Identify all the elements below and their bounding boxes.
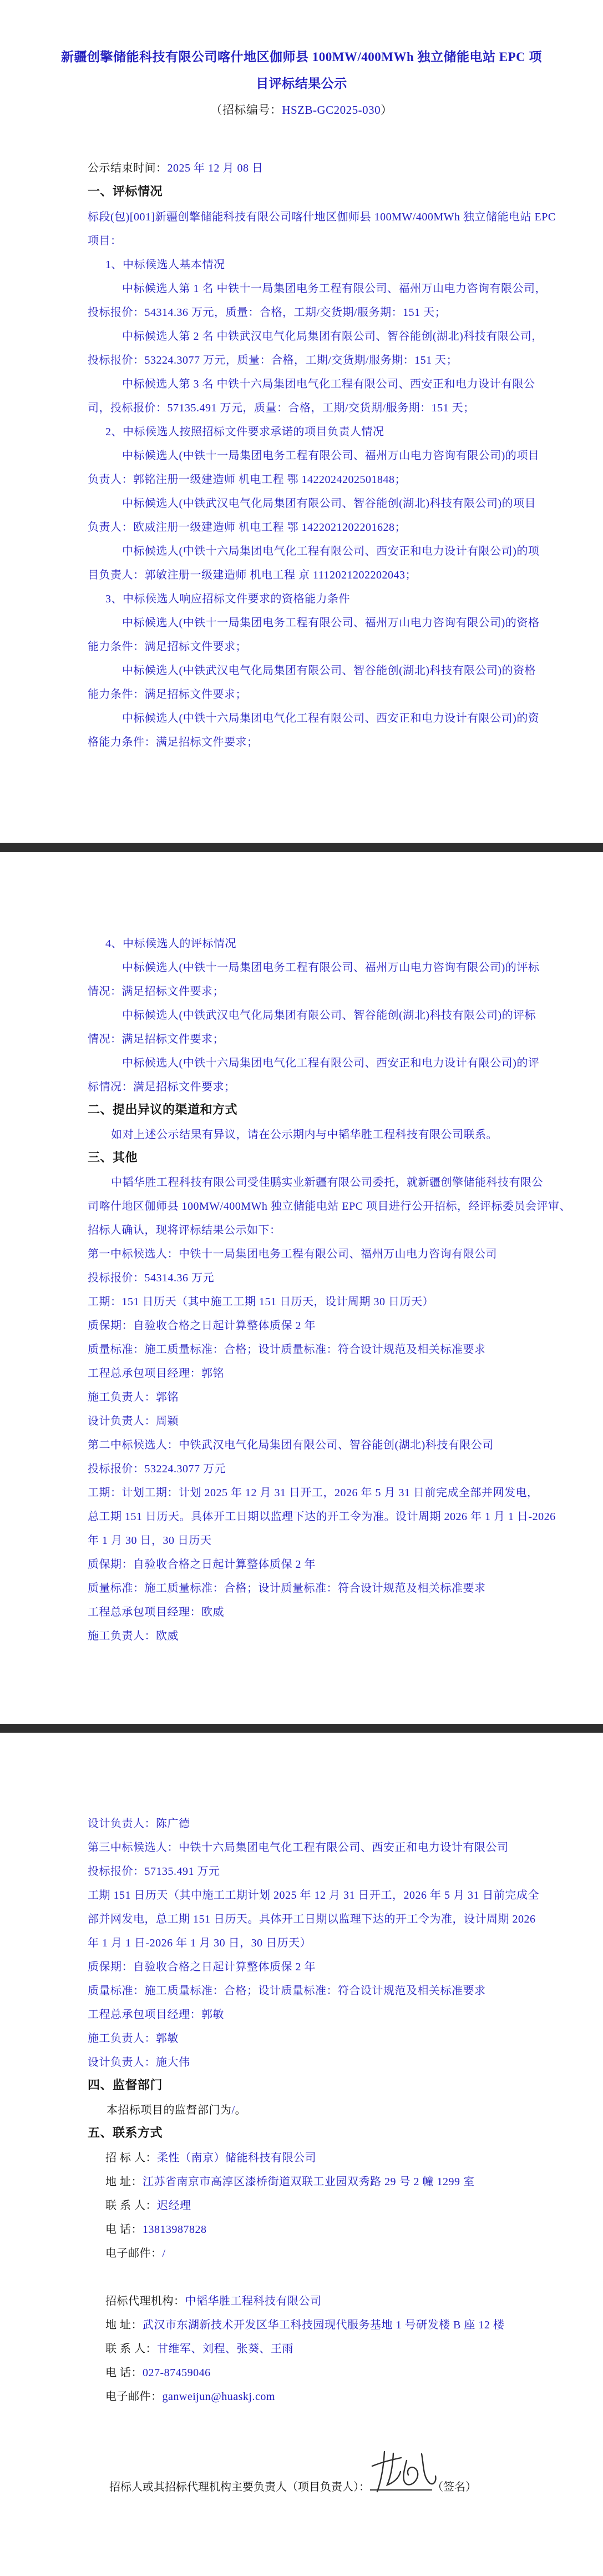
text-line: 标段(包)[001]新疆创擎储能科技有限公司喀什地区伽师县 100MW/400M…	[88, 209, 556, 225]
text-segment: 4、中标候选人的评标情况	[105, 938, 236, 950]
text-segment: 招标人确认，现将评标结果公示如下：	[88, 1224, 281, 1236]
text-segment: （招标编号：	[210, 103, 282, 117]
text-segment: 电 话：	[105, 2367, 143, 2379]
third-candidate: 第三中标候选人：中铁十六局集团电气化工程有限公司、西安正和电力设计有限公司	[88, 1839, 509, 1856]
text-segment: 投标报价：53224.3077 万元，质量：合格，工期/交货期/服务期：151 …	[88, 354, 458, 366]
signature-label: 招标人或其招标代理机构主要负责人（项目负责人）：	[109, 2481, 370, 2493]
text-line: 投标报价：57135.491 万元	[88, 1863, 220, 1880]
document-title-line1: 新疆创擎储能科技有限公司喀什地区伽师县 100MW/400MWh 独立储能电站 …	[0, 49, 603, 66]
text-segment: 公示结束时间：	[88, 162, 168, 174]
text-segment: 。	[235, 2104, 247, 2116]
text-line: 如对上述公示结果有异议，请在公示期内与中韬华胜工程科技有限公司联系。	[111, 1126, 498, 1143]
text-line: 中标候选人第 3 名 中铁十六局集团电气化工程有限公司、西安正和电力设计有限公	[122, 376, 535, 393]
text-line: 施工负责人：欧威	[88, 1628, 179, 1644]
text-segment: 中标候选人第 3 名 中铁十六局集团电气化工程有限公司、西安正和电力设计有限公	[122, 378, 535, 390]
text-segment: 格能力条件：满足招标文件要求；	[88, 736, 259, 748]
text-line: 质保期：自验收合格之日起计算整体质保 2 年	[88, 1317, 316, 1334]
text-segment: 设计负责人：施大伟	[88, 2056, 190, 2069]
text-line: 中标候选人(中铁武汉电气化局集团有限公司、智谷能创(湖北)科技有限公司)的评标	[122, 1007, 536, 1024]
text-segment: 中标候选人第 1 名 中铁十一局集团电务工程有限公司、福州万山电力咨询有限公司，	[122, 283, 546, 295]
text-line: 标情况：满足招标文件要求；	[88, 1079, 236, 1095]
text-line: 中标候选人(中铁十一局集团电务工程有限公司、福州万山电力咨询有限公司)的项目	[122, 447, 539, 464]
text-segment: 电子邮件：	[105, 2247, 163, 2260]
text-segment: 招标代理机构：	[105, 2295, 185, 2307]
text-line: 中标候选人第 1 名 中铁十一局集团电务工程有限公司、福州万山电力咨询有限公司，	[122, 280, 546, 297]
text-segment: HSZB-GC2025-030	[282, 103, 381, 117]
text-line: 工程总承包项目经理：欧威	[88, 1604, 224, 1621]
signature-area	[370, 2477, 432, 2491]
text-line: 中标候选人(中铁十六局集团电气化工程有限公司、西安正和电力设计有限公司)的项	[122, 543, 539, 560]
section-heading-3: 三、其他	[88, 1149, 138, 1166]
text-segment: 负责人：郭铭注册一级建造师 机电工程 鄂 1422024202501848；	[88, 474, 406, 486]
text-segment: 中韬华胜工程科技有限公司	[185, 2295, 322, 2307]
text-segment: 二、提出异议的渠道和方式	[88, 1103, 237, 1116]
subsection-1-4: 4、中标候选人的评标情况	[105, 935, 236, 952]
text-segment: 中标候选人(中铁武汉电气化局集团有限公司、智谷能创(湖北)科技有限公司)的资格	[122, 665, 536, 677]
text-segment: 质量标准：施工质量标准：合格；设计质量标准：符合设计规范及相关标准要求	[88, 1985, 486, 1997]
tenderer-phone: 电 话：13813987828	[105, 2221, 207, 2238]
section-heading-4: 四、监督部门	[88, 2077, 163, 2094]
text-segment: ）	[381, 103, 393, 117]
agency-name: 招标代理机构：中韬华胜工程科技有限公司	[105, 2293, 322, 2310]
text-segment: 中标候选人(中铁十六局集团电气化工程有限公司、西安正和电力设计有限公司)的项	[122, 545, 539, 557]
text-segment: 中标候选人(中铁十六局集团电气化工程有限公司、西安正和电力设计有限公司)的评	[122, 1057, 539, 1069]
text-segment: 本招标项目的监督部门为	[107, 2104, 232, 2116]
page-separator	[0, 1724, 603, 1733]
text-segment: 电 话：	[105, 2223, 143, 2236]
text-segment: 工期 151 日历天（其中施工工期计划 2025 年 12 月 31 日开工，2…	[88, 1889, 539, 1901]
text-segment: 联 系 人：	[105, 2343, 157, 2355]
text-line: 中标候选人(中铁十一局集团电务工程有限公司、福州万山电力咨询有限公司)的资格	[122, 615, 539, 631]
second-candidate: 第二中标候选人：中铁武汉电气化局集团有限公司、智谷能创(湖北)科技有限公司	[88, 1437, 494, 1453]
text-line: 工期 151 日历天（其中施工工期计划 2025 年 12 月 31 日开工，2…	[88, 1887, 539, 1904]
text-line: 中标候选人第 2 名 中铁武汉电气化局集团有限公司、智谷能创(湖北)科技有限公司…	[122, 328, 543, 345]
text-segment: 中韬华胜工程科技有限公司受佳鹏实业新疆有限公司委托，就新疆创擎储能科技有限公	[111, 1176, 543, 1189]
text-segment: 电子邮件：	[105, 2391, 163, 2403]
text-segment: 设计负责人：周颖	[88, 1415, 179, 1427]
text-segment: 2、中标候选人按照招标文件要求承诺的项目负责人情况	[105, 426, 384, 438]
text-line: 司，投标报价：57135.491 万元，质量：合格，工期/交货期/服务期：151…	[88, 400, 475, 416]
text-segment: 新疆创擎储能科技有限公司喀什地区伽师县 100MW/400MWh 独立储能电站 …	[61, 50, 542, 64]
first-candidate: 第一中标候选人：中铁十一局集团电务工程有限公司、福州万山电力咨询有限公司	[88, 1246, 497, 1262]
text-line: 质量标准：施工质量标准：合格；设计质量标准：符合设计规范及相关标准要求	[88, 1341, 486, 1358]
text-segment: ganweijun@huaskj.com	[163, 2391, 275, 2403]
text-segment: 地 址：	[105, 2176, 143, 2188]
text-line: 工期：151 日历天（其中施工工期 151 日历天，设计周期 30 日历天）	[88, 1294, 434, 1310]
text-segment: 中标候选人(中铁十一局集团电务工程有限公司、福州万山电力咨询有限公司)的评标	[122, 962, 539, 974]
text-segment: 施工负责人：郭铭	[88, 1391, 179, 1403]
text-segment: 投标报价：57135.491 万元	[88, 1865, 220, 1878]
text-segment: 质量标准：施工质量标准：合格；设计质量标准：符合设计规范及相关标准要求	[88, 1344, 486, 1356]
text-segment: 情况：满足招标文件要求；	[88, 1033, 224, 1045]
section-heading-5: 五、联系方式	[88, 2125, 163, 2141]
tenderer-address: 地 址：江苏省南京市高淳区漆桥街道双联工业园双秀路 29 号 2 幢 1299 …	[105, 2173, 475, 2190]
supervision-dept: 本招标项目的监督部门为/。	[107, 2102, 246, 2119]
text-line: 工期：计划工期：计划 2025 年 12 月 31 日开工，2026 年 5 月…	[88, 1485, 539, 1501]
text-segment: 13813987828	[143, 2223, 207, 2236]
tenderer-name: 招 标 人：柔性（南京）储能科技有限公司	[105, 2150, 316, 2166]
agency-address: 地 址：武汉市东湖新技术开发区华工科技园现代服务基地 1 号研发楼 B 座 12…	[105, 2317, 504, 2333]
bid-number: （招标编号：HSZB-GC2025-030）	[0, 102, 603, 118]
agency-phone: 电 话：027-87459046	[105, 2364, 211, 2381]
text-segment: 年 1 月 30 日，30 日历天	[88, 1534, 212, 1547]
text-line: 负责人：郭铭注册一级建造师 机电工程 鄂 1422024202501848；	[88, 471, 406, 488]
text-segment: 如对上述公示结果有异议，请在公示期内与中韬华胜工程科技有限公司联系。	[111, 1129, 498, 1141]
section-heading-1: 一、评标情况	[88, 183, 163, 200]
text-segment: 能力条件：满足招标文件要求；	[88, 641, 247, 653]
text-segment: 中标候选人(中铁武汉电气化局集团有限公司、智谷能创(湖北)科技有限公司)的评标	[122, 1009, 536, 1022]
signature-scribble	[368, 2448, 440, 2496]
text-segment: 武汉市东湖新技术开发区华工科技园现代服务基地 1 号研发楼 B 座 12 楼	[143, 2319, 504, 2331]
text-segment: 项目：	[88, 235, 122, 247]
text-line: 中标候选人(中铁十一局集团电务工程有限公司、福州万山电力咨询有限公司)的评标	[122, 959, 539, 976]
text-line: 工程总承包项目经理：郭铭	[88, 1365, 224, 1382]
text-line: 年 1 月 1 日-2026 年 1 月 30 日，30 日历天）	[88, 1935, 311, 1951]
text-segment: 五、联系方式	[88, 2126, 163, 2140]
text-segment: 部并网发电，总工期 151 日历天。具体开工日期以监理下达的开工令为准，设计周期…	[88, 1913, 536, 1925]
text-segment: 能力条件：满足招标文件要求；	[88, 688, 247, 701]
signature-line: 招标人或其招标代理机构主要负责人（项目负责人）： （签名）	[109, 2477, 477, 2494]
text-segment: 中标候选人(中铁武汉电气化局集团有限公司、智谷能创(湖北)科技有限公司)的项目	[122, 497, 536, 510]
text-segment: 一、评标情况	[88, 184, 163, 198]
subsection-1-3: 3、中标候选人响应招标文件要求的资格能力条件	[105, 591, 350, 607]
text-segment: 中标候选人(中铁十一局集团电务工程有限公司、福州万山电力咨询有限公司)的项目	[122, 450, 539, 462]
text-line: 施工负责人：郭敏	[88, 2030, 179, 2047]
text-segment: 027-87459046	[143, 2367, 211, 2379]
text-segment: 中标候选人(中铁十六局集团电气化工程有限公司、西安正和电力设计有限公司)的资	[122, 712, 539, 724]
text-line: 质量标准：施工质量标准：合格；设计质量标准：符合设计规范及相关标准要求	[88, 1983, 486, 1999]
text-segment: 投标报价：53224.3077 万元	[88, 1463, 226, 1475]
text-segment: 投标报价：54314.36 万元	[88, 1272, 214, 1284]
text-segment: 质保期：自验收合格之日起计算整体质保 2 年	[88, 1320, 316, 1332]
text-line: 年 1 月 30 日，30 日历天	[88, 1532, 212, 1549]
text-segment: 司喀什地区伽师县 100MW/400MWh 独立储能电站 EPC 项目进行公开招…	[88, 1200, 571, 1212]
text-line: 中标候选人(中铁十六局集团电气化工程有限公司、西安正和电力设计有限公司)的资	[122, 710, 539, 727]
text-line: 中标候选人(中铁十六局集团电气化工程有限公司、西安正和电力设计有限公司)的评	[122, 1055, 539, 1071]
text-line: 投标报价：53224.3077 万元	[88, 1461, 226, 1477]
text-line: 质量标准：施工质量标准：合格；设计质量标准：符合设计规范及相关标准要求	[88, 1580, 486, 1597]
text-line: 司喀什地区伽师县 100MW/400MWh 独立储能电站 EPC 项目进行公开招…	[88, 1198, 571, 1215]
text-line: 情况：满足招标文件要求；	[88, 1031, 224, 1048]
text-segment: 司，投标报价：57135.491 万元，质量：合格，工期/交货期/服务期：151…	[88, 402, 475, 414]
text-line: 施工负责人：郭铭	[88, 1389, 179, 1406]
text-segment: 标情况：满足招标文件要求；	[88, 1081, 236, 1093]
text-line: 设计负责人：周颖	[88, 1413, 179, 1430]
text-segment: 工程总承包项目经理：欧威	[88, 1606, 224, 1618]
text-segment: 总工期 151 日历天。具体开工日期以监理下达的开工令为准。设计周期 2026 …	[88, 1511, 556, 1523]
agency-contact: 联 系 人：甘维军、刘程、张葵、王雨	[105, 2341, 293, 2357]
text-line: 部并网发电，总工期 151 日历天。具体开工日期以监理下达的开工令为准，设计周期…	[88, 1911, 536, 1928]
page-separator	[0, 843, 603, 852]
text-segment: 目评标结果公示	[256, 77, 347, 90]
text-segment: 联 系 人：	[105, 2200, 157, 2212]
text-segment: 质保期：自验收合格之日起计算整体质保 2 年	[88, 1558, 316, 1571]
text-segment: 第三中标候选人：中铁十六局集团电气化工程有限公司、西安正和电力设计有限公司	[88, 1842, 509, 1854]
text-line: 质保期：自验收合格之日起计算整体质保 2 年	[88, 1556, 316, 1573]
text-line: 总工期 151 日历天。具体开工日期以监理下达的开工令为准。设计周期 2026 …	[88, 1508, 556, 1525]
text-segment: 四、监督部门	[88, 2078, 163, 2092]
text-segment: 中标候选人(中铁十一局集团电务工程有限公司、福州万山电力咨询有限公司)的资格	[122, 617, 539, 629]
text-segment: 投标报价：54314.36 万元，质量：合格，工期/交货期/服务期：151 天；	[88, 306, 446, 319]
text-segment: 地 址：	[105, 2319, 143, 2331]
text-segment: 三、其他	[88, 1150, 138, 1164]
text-line: 负责人：欧威注册一级建造师 机电工程 鄂 1422021202201628；	[88, 519, 406, 536]
text-segment: 质保期：自验收合格之日起计算整体质保 2 年	[88, 1961, 316, 1973]
text-segment: 负责人：欧威注册一级建造师 机电工程 鄂 1422021202201628；	[88, 521, 406, 534]
text-line: 投标报价：54314.36 万元	[88, 1270, 214, 1286]
document-title-line2: 目评标结果公示	[0, 76, 603, 92]
text-segment: 工期：计划工期：计划 2025 年 12 月 31 日开工，2026 年 5 月…	[88, 1487, 539, 1499]
text-line: 设计负责人：陈广德	[88, 1815, 190, 1832]
text-line: 项目：	[88, 233, 122, 249]
text-line: 格能力条件：满足招标文件要求；	[88, 734, 259, 751]
text-segment: 情况：满足招标文件要求；	[88, 985, 224, 998]
text-line: 中标候选人(中铁武汉电气化局集团有限公司、智谷能创(湖北)科技有限公司)的资格	[122, 662, 536, 679]
text-segment: 3、中标候选人响应招标文件要求的资格能力条件	[105, 593, 350, 605]
text-segment: /	[163, 2247, 166, 2260]
text-segment: 目负责人：郭敏注册一级建造师 机电工程 京 1112021202202043；	[88, 569, 417, 581]
text-segment: 设计负责人：陈广德	[88, 1818, 190, 1830]
text-line: 质保期：自验收合格之日起计算整体质保 2 年	[88, 1959, 316, 1975]
text-segment: 1、中标候选人基本情况	[105, 259, 225, 271]
text-line: 设计负责人：施大伟	[88, 2054, 190, 2071]
text-segment: 施工负责人：欧威	[88, 1630, 179, 1642]
text-segment: 工期：151 日历天（其中施工工期 151 日历天，设计周期 30 日历天）	[88, 1296, 434, 1308]
text-segment: 施工负责人：郭敏	[88, 2032, 179, 2045]
tenderer-contact: 联 系 人：迟经理	[105, 2197, 191, 2214]
text-segment: 质量标准：施工质量标准：合格；设计质量标准：符合设计规范及相关标准要求	[88, 1582, 486, 1594]
text-segment: 第一中标候选人：中铁十一局集团电务工程有限公司、福州万山电力咨询有限公司	[88, 1248, 497, 1260]
text-line: 中韬华胜工程科技有限公司受佳鹏实业新疆有限公司委托，就新疆创擎储能科技有限公	[111, 1174, 543, 1191]
tenderer-email: 电子邮件：/	[105, 2245, 166, 2262]
text-segment: 迟经理	[157, 2200, 191, 2212]
subsection-1-1: 1、中标候选人基本情况	[105, 256, 225, 273]
section-heading-2: 二、提出异议的渠道和方式	[88, 1101, 237, 1118]
text-line: 能力条件：满足招标文件要求；	[88, 638, 247, 655]
text-segment: 第二中标候选人：中铁武汉电气化局集团有限公司、智谷能创(湖北)科技有限公司	[88, 1439, 494, 1451]
text-line: 情况：满足招标文件要求；	[88, 983, 224, 1000]
text-segment: 招 标 人：	[105, 2152, 157, 2164]
text-segment: 工程总承包项目经理：郭敏	[88, 2009, 224, 2021]
text-segment: 甘维军、刘程、张葵、王雨	[157, 2343, 293, 2355]
text-line: 目负责人：郭敏注册一级建造师 机电工程 京 1112021202202043；	[88, 567, 417, 583]
text-line: 能力条件：满足招标文件要求；	[88, 686, 247, 703]
subsection-1-2: 2、中标候选人按照招标文件要求承诺的项目负责人情况	[105, 424, 384, 440]
text-line: 工程总承包项目经理：郭敏	[88, 2006, 224, 2023]
text-segment: 标段(包)[001]新疆创擎储能科技有限公司喀什地区伽师县 100MW/400M…	[88, 211, 556, 223]
text-segment: 中标候选人第 2 名 中铁武汉电气化局集团有限公司、智谷能创(湖北)科技有限公司…	[122, 330, 543, 343]
text-segment: 2025 年 12 月 08 日	[168, 162, 264, 174]
text-segment: 工程总承包项目经理：郭铭	[88, 1367, 224, 1380]
text-line: 招标人确认，现将评标结果公示如下：	[88, 1222, 281, 1239]
text-segment: 柔性（南京）储能科技有限公司	[157, 2152, 316, 2164]
text-segment: 年 1 月 1 日-2026 年 1 月 30 日，30 日历天）	[88, 1937, 311, 1949]
document-page: 新疆创擎储能科技有限公司喀什地区伽师县 100MW/400MWh 独立储能电站 …	[0, 0, 603, 2576]
agency-email: 电子邮件：ganweijun@huaskj.com	[105, 2388, 275, 2405]
text-segment: 江苏省南京市高淳区漆桥街道双联工业园双秀路 29 号 2 幢 1299 室	[143, 2176, 475, 2188]
text-line: 中标候选人(中铁武汉电气化局集团有限公司、智谷能创(湖北)科技有限公司)的项目	[122, 495, 536, 512]
text-line: 投标报价：54314.36 万元，质量：合格，工期/交货期/服务期：151 天；	[88, 304, 446, 321]
text-line: 投标报价：53224.3077 万元，质量：合格，工期/交货期/服务期：151 …	[88, 352, 458, 369]
publicity-end-time: 公示结束时间：2025 年 12 月 08 日	[88, 160, 264, 177]
